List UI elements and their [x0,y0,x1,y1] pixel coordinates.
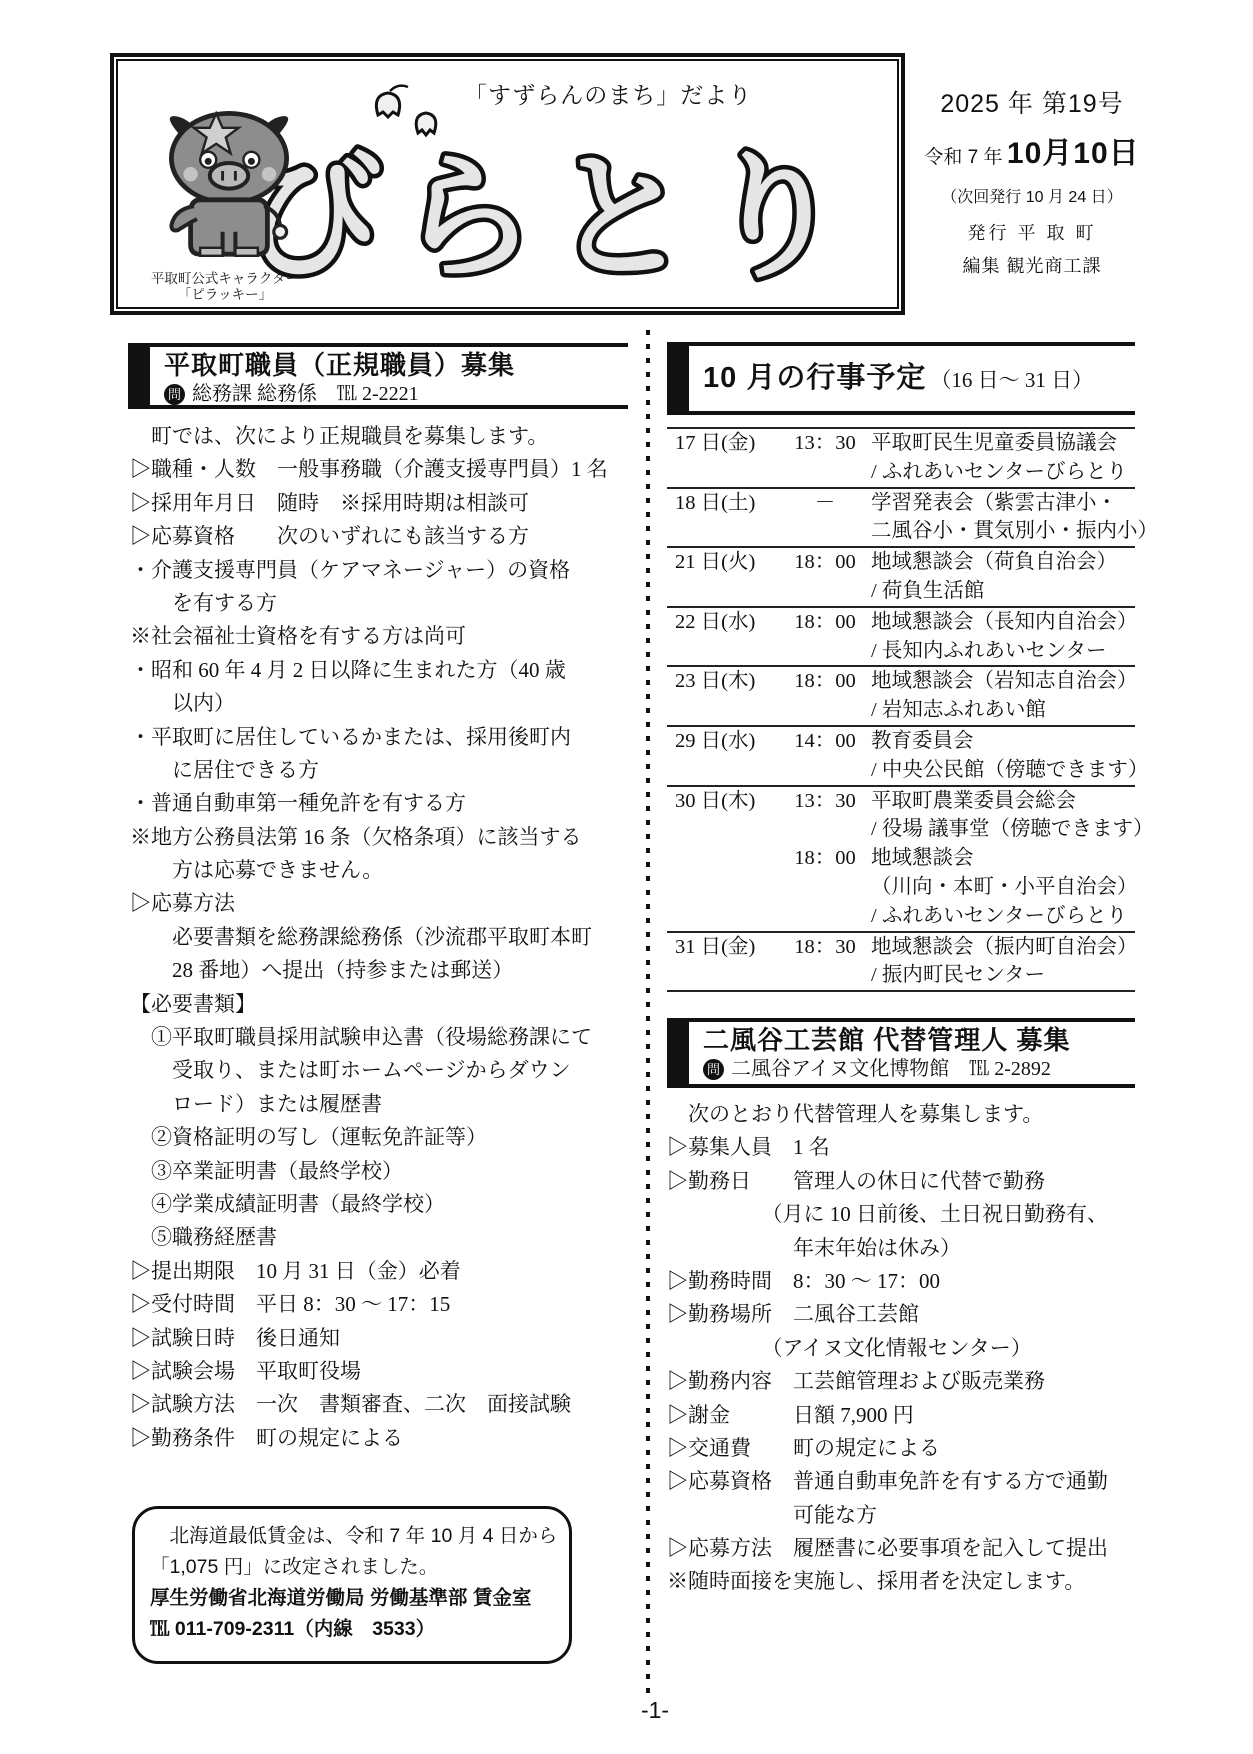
schedule-time [779,458,871,487]
recruit-text-line: 【必要書類】 [130,988,632,1021]
recruit-text-line: ▷応募資格 次のいずれにも該当する方 [130,520,632,553]
schedule-date [667,577,779,606]
schedule-time: 13：30 [779,429,871,458]
schedule-time [779,517,871,546]
wage-text-line: 「1,075 円」に改定されました。 [150,1552,554,1583]
schedule-row: / 長知内ふれあいセンター [667,637,1135,666]
kogeikan-text-line: ▷応募方法 履歴書に必要事項を記入して提出 [667,1532,1139,1565]
schedule-time: 18：00 [779,608,871,637]
kogeikan-text-line: ▷交通費 町の規定による [667,1432,1139,1465]
schedule-row: 21 日(火) 18：00 地域懇談会（荷負自治会） [667,546,1135,577]
schedule-event: / 中央公民館（傍聴できます） [871,756,1148,785]
section-recruit-contact-row: 問 総務課 総務係 ℡ 2-2221 [164,382,628,407]
schedule-row: / 岩知志ふれあい館 [667,696,1135,725]
kogeikan-text-line: ▷応募資格 普通自動車免許を有する方で通勤 [667,1465,1139,1498]
schedule-row: / 役場 議事堂（傍聴できます） [667,815,1135,844]
schedule-date [667,756,779,785]
schedule-time: 18：00 [779,548,871,577]
kogeikan-text-line: ▷勤務日 管理人の休日に代替で勤務 [667,1165,1139,1198]
recruit-text-line: 受取り、または町ホームページからダウン [130,1054,632,1087]
schedule-date [667,961,779,990]
kogeikan-text-line: ▷勤務場所 二風谷工芸館 [667,1298,1139,1331]
recruit-text-line: ①平取町職員採用試験申込書（役場総務課にて [130,1021,632,1054]
recruit-text-line: ▷試験会場 平取町役場 [130,1355,632,1388]
recruit-text-line: ▷応募方法 [130,887,632,920]
schedule-event: 地域懇談会（振内町自治会） [871,933,1138,962]
schedule-date [667,902,779,931]
issue-number: 2025 年 第19号 [908,84,1156,120]
schedule-row: / 中央公民館（傍聴できます） [667,756,1135,785]
inquiry-icon: 問 [164,384,185,405]
kogeikan-text-line: ※随時面接を実施し、採用者を決定します。 [667,1565,1139,1598]
schedule-event: 平取町民生児童委員協議会 [871,429,1135,458]
schedule-row: （川向・本町・小平自治会） [667,873,1135,902]
schedule-row: 31 日(金) 18：30 地域懇談会（振内町自治会） [667,931,1135,962]
schedule-time [779,577,871,606]
schedule-date [667,458,779,487]
schedule-event: / 荷負生活館 [871,577,1135,606]
schedule-event: 二風谷小・貫気別小・振内小） [871,517,1158,546]
kogeikan-text-line: 次のとおり代替管理人を募集します。 [667,1098,1139,1131]
schedule-time: 14：00 [779,727,871,756]
schedule-event: 地域懇談会 [871,844,1135,873]
schedule-date: 31 日(金) [667,933,779,962]
schedule-date: 17 日(金) [667,429,779,458]
schedule-event: 平取町農業委員会総会 [871,787,1135,816]
schedule-event: / 役場 議事堂（傍聴できます） [871,815,1153,844]
recruit-text-line: ▷提出期限 10 月 31 日（金）必着 [130,1255,632,1288]
schedule-row: 二風谷小・貫気別小・振内小） [667,517,1135,546]
issue-date-main: 10月10日 [1007,137,1140,170]
schedule-event: 教育委員会 [871,727,1135,756]
kogeikan-body: 次のとおり代替管理人を募集します。 ▷募集人員 1 名 ▷勤務日 管理人の休日に… [667,1098,1139,1599]
schedule-date: 23 日(木) [667,667,779,696]
schedule-date [667,873,779,902]
schedule-row: 23 日(木) 18：00 地域懇談会（岩知志自治会） [667,665,1135,696]
schedule-time: 13：30 [779,787,871,816]
masthead: 「すずらんのまち」だより びらとり [110,53,905,315]
schedule-time [779,637,871,666]
issue-date: 令和 7 年 10月10日 [908,128,1156,172]
kogeikan-text-line: （アイヌ文化情報センター） [667,1332,1139,1365]
recruit-text-line: ▷採用年月日 随時 ※採用時期は相談可 [130,487,632,520]
schedule-date: 18 日(土) [667,489,779,518]
section-schedule-header: 10 月の行事予定 （16 日～ 31 日） [667,342,1135,415]
mascot-pirakki-illustration [128,107,330,267]
schedule-time [779,815,871,844]
recruit-text-line: 必要書類を総務課総務係（沙流郡平取町本町 [130,921,632,954]
recruit-text-line: ▷勤務条件 町の規定による [130,1422,632,1455]
section-recruit-header: 平取町職員（正規職員）募集 問 総務課 総務係 ℡ 2-2221 [128,343,628,409]
issue-info: 2025 年 第19号 令和 7 年 10月10日 （次回発行 10 月 24 … [908,84,1156,278]
recruit-text-line: ⑤職務経歴書 [130,1221,632,1254]
section-recruit-contact: 総務課 総務係 ℡ 2-2221 [192,382,419,407]
schedule-row: 29 日(水) 14：00 教育委員会 [667,725,1135,756]
recruit-text-line: 町では、次により正規職員を募集します。 [130,420,632,453]
section-kogeikan-header: 二風谷工芸館 代替管理人 募集 問 二風谷アイヌ文化博物館 ℡ 2-2892 [667,1018,1135,1088]
schedule-row: 18 日(土) － 学習発表会（紫雲古津小・ [667,487,1135,518]
schedule-date: 30 日(木) [667,787,779,816]
schedule-event: 地域懇談会（荷負自治会） [871,548,1135,577]
kogeikan-text-line: 年末年始は休み） [667,1232,1139,1265]
era-prefix: 令和 7 年 [924,147,1002,168]
schedule-date: 22 日(水) [667,608,779,637]
kogeikan-text-line: ▷募集人員 1 名 [667,1131,1139,1164]
wage-department: 厚生労働省北海道労働局 労働基準部 賃金室 [150,1583,554,1614]
schedule-time: 18：00 [779,844,871,873]
kogeikan-text-line: （月に 10 日前後、土日祝日勤務有、 [667,1198,1139,1231]
recruit-text-line: ▷職種・人数 一般事務職（介護支援専門員）1 名 [130,453,632,486]
schedule-time: 18：00 [779,667,871,696]
section-kogeikan-contact-row: 問 二風谷アイヌ文化博物館 ℡ 2-2892 [703,1057,1135,1082]
mascot-caption: 平取町公式キャラクター 「ピラッキー」 [118,271,332,303]
recruit-text-line: 28 番地）へ提出（持参または郵送） [130,954,632,987]
schedule-date [667,696,779,725]
schedule-time [779,961,871,990]
schedule-event: 地域懇談会（岩知志自治会） [871,667,1138,696]
recruit-text-line: ・介護支援専門員（ケアマネージャー）の資格 [130,554,632,587]
section-schedule-range: （16 日～ 31 日） [930,364,1093,394]
schedule-date [667,844,779,873]
kogeikan-text-line: ▷勤務時間 8：30 ～ 17：00 [667,1265,1139,1298]
schedule-row: / ふれあいセンターびらとり [667,902,1135,931]
schedule-event: （川向・本町・小平自治会） [871,873,1138,902]
wage-telephone: ℡ 011-709-2311（内線 3533） [150,1614,554,1645]
schedule-event: / 長知内ふれあいセンター [871,637,1135,666]
column-divider [646,330,650,1702]
section-kogeikan-title: 二風谷工芸館 代替管理人 募集 [703,1024,1135,1057]
schedule-event: / 岩知志ふれあい館 [871,696,1135,725]
schedule-event: / ふれあいセンターびらとり [871,458,1135,487]
schedule-time [779,696,871,725]
min-wage-notice-box: 北海道最低賃金は、令和 7 年 10 月 4 日から 「1,075 円」に改定さ… [132,1506,572,1664]
recruit-text-line: ▷受付時間 平日 8：30 ～ 17：15 [130,1288,632,1321]
editor: 編集 観光商工課 [908,252,1156,278]
section-schedule-title: 10 月の行事予定 [703,362,926,395]
schedule-row: 18：00 地域懇談会 [667,844,1135,873]
recruit-text-line: ロード）または履歴書 [130,1088,632,1121]
schedule-time [779,902,871,931]
schedule-table: 17 日(金) 13：30 平取町民生児童委員協議会 / ふれあいセンターびらと… [667,427,1135,992]
schedule-row: 30 日(木) 13：30 平取町農業委員会総会 [667,785,1135,816]
recruit-text-line: ・普通自動車第一種免許を有する方 [130,787,632,820]
page-number: -1- [600,1697,710,1724]
newsletter-title: びらとり [244,141,860,295]
recruit-text-line: ・昭和 60 年 4 月 2 日以降に生まれた方（40 歳 [130,654,632,687]
schedule-date [667,637,779,666]
recruit-text-line: ③卒業証明書（最終学校） [130,1155,632,1188]
recruit-text-line: ▷試験日時 後日通知 [130,1322,632,1355]
section-kogeikan-contact: 二風谷アイヌ文化博物館 ℡ 2-2892 [731,1057,1051,1082]
kogeikan-text-line: 可能な方 [667,1499,1139,1532]
schedule-row: / 振内町民センター [667,961,1135,990]
recruit-text-line: 以内） [130,687,632,720]
mascot-caption-line1: 平取町公式キャラクター [118,271,332,287]
recruit-text-line: ※社会福祉士資格を有する方は尚可 [130,620,632,653]
kogeikan-text-line: ▷勤務内容 工芸館管理および販売業務 [667,1365,1139,1398]
inquiry-icon: 問 [703,1059,724,1080]
recruit-text-line: ▷試験方法 一次 書類審査、二次 面接試験 [130,1388,632,1421]
schedule-time [779,756,871,785]
schedule-event: / 振内町民センター [871,961,1135,990]
newsletter-page: 「すずらんのまち」だより びらとり [0,0,1253,1754]
schedule-date [667,517,779,546]
schedule-event: 地域懇談会（長知内自治会） [871,608,1138,637]
publisher: 発行 平 取 町 [908,219,1156,245]
schedule-event: 学習発表会（紫雲古津小・ [871,489,1135,518]
recruit-text-line: ※地方公務員法第 16 条（欠格条項）に該当する [130,821,632,854]
schedule-row: 17 日(金) 13：30 平取町民生児童委員協議会 [667,427,1135,458]
schedule-row: / 荷負生活館 [667,577,1135,606]
next-issue-date: （次回発行 10 月 24 日） [908,184,1156,207]
schedule-date: 21 日(火) [667,548,779,577]
schedule-event: / ふれあいセンターびらとり [871,902,1135,931]
wage-text-line: 北海道最低賃金は、令和 7 年 10 月 4 日から [150,1521,554,1552]
schedule-date: 29 日(水) [667,727,779,756]
recruit-text-line: に居住できる方 [130,754,632,787]
schedule-time: 18：30 [779,933,871,962]
schedule-row: / ふれあいセンターびらとり [667,458,1135,487]
schedule-time: － [779,489,871,518]
recruit-text-line: ②資格証明の写し（運転免許証等） [130,1121,632,1154]
recruit-text-line: ・平取町に居住しているかまたは、採用後町内 [130,721,632,754]
recruit-text-line: 方は応募できません。 [130,854,632,887]
schedule-date [667,815,779,844]
recruit-text-line: ④学業成績証明書（最終学校） [130,1188,632,1221]
section-recruit-title: 平取町職員（正規職員）募集 [164,349,628,382]
schedule-time [779,873,871,902]
kogeikan-text-line: ▷謝金 日額 7,900 円 [667,1399,1139,1432]
recruit-text-line: を有する方 [130,587,632,620]
mascot-caption-line2: 「ピラッキー」 [118,287,332,303]
wage-lines: 北海道最低賃金は、令和 7 年 10 月 4 日から 「1,075 円」に改定さ… [150,1521,554,1583]
schedule-row: 22 日(水) 18：00 地域懇談会（長知内自治会） [667,606,1135,637]
recruit-body: 町では、次により正規職員を募集します。 ▷職種・人数 一般事務職（介護支援専門員… [130,420,632,1455]
